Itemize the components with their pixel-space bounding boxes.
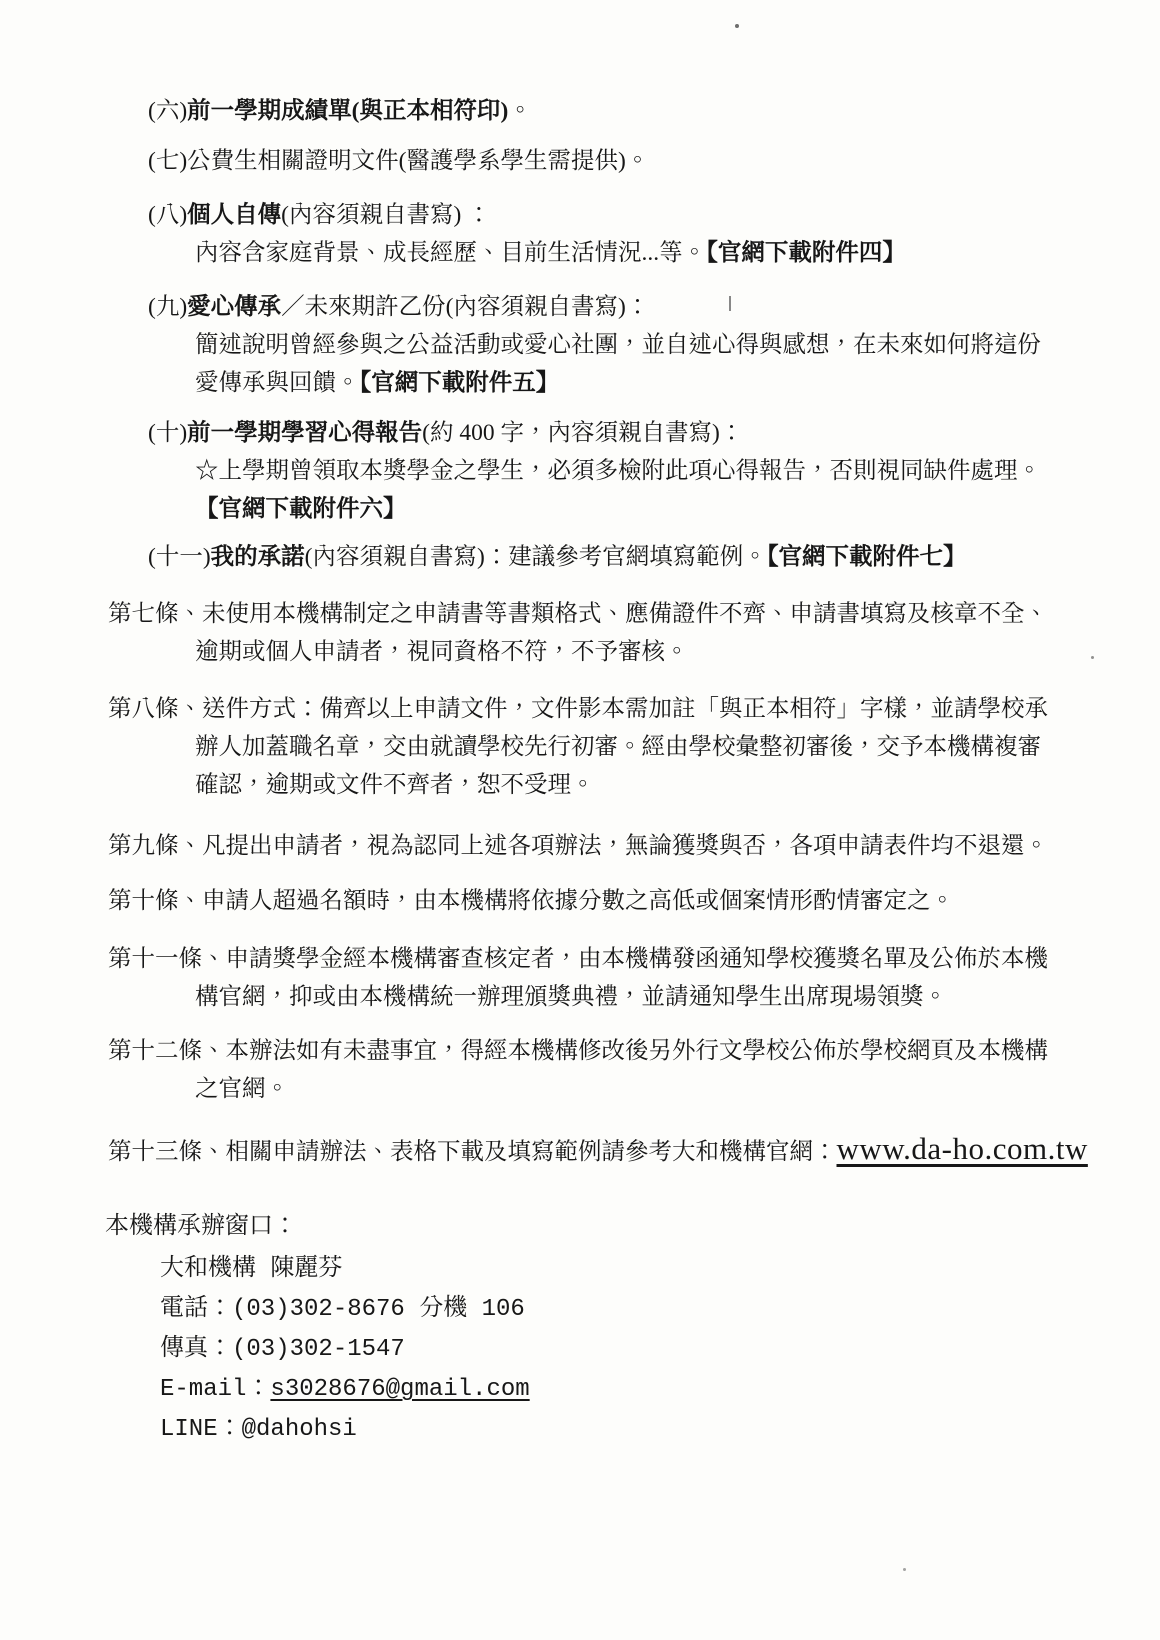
article-8-text3: 確認，逾期或文件不齊者，恕不受理。 [195, 772, 595, 798]
official-website-link[interactable]: www.da-ho.com.tw [837, 1131, 1088, 1166]
article-12-line2: 之官網。 [0, 1070, 1160, 1108]
item-6-title: 前一學期成績單(與正本相符印) [187, 98, 508, 124]
scan-artifact [1091, 656, 1094, 659]
article-8-line1: 第八條、送件方式：備齊以上申請文件，文件影本需加註「與正本相符」字樣，並請學校承 [0, 690, 1160, 728]
item-7-number: (七) [148, 148, 187, 174]
item-8-tail: (內容須親自書寫) ： [281, 202, 491, 228]
contact-phone: 電話：(03)302-8676 分機 106 [0, 1290, 1160, 1330]
item-8: (八)個人自傳(內容須親自書寫) ： [0, 196, 1160, 234]
article-12-text1: 第十二條、本辦法如有未盡事宜，得經本機構修改後另外行文學校公佈於學校網頁及本機構 [108, 1038, 1048, 1064]
document-body: (六)前一學期成績單(與正本相符印)。 (七)公費生相關證明文件(醫護學系學生需… [0, 0, 1160, 1450]
attachment-ref-5: 【官網下載附件五】 [360, 370, 560, 396]
item-6-number: (六) [148, 98, 187, 124]
article-10-text: 第十條、申請人超過名額時，由本機構將依據分數之高低或個案情形酌情審定之。 [108, 888, 954, 914]
item-7: (七)公費生相關證明文件(醫護學系學生需提供)。 [0, 142, 1160, 180]
article-9: 第九條、凡提出申請者，視為認同上述各項辦法，無論獲獎與否，各項申請表件均不退還。 [0, 827, 1160, 865]
item-8-title: 個人自傳 [187, 202, 281, 228]
phone-label: 電話： [160, 1296, 232, 1323]
item-10-detail-text: ☆上學期曾領取本獎學金之學生，必須多檢附此項心得報告，否則視同缺件處理。 [195, 458, 1041, 484]
article-9-text: 第九條、凡提出申請者，視為認同上述各項辦法，無論獲獎與否，各項申請表件均不退還。 [108, 833, 1048, 859]
article-11-line2: 構官網，抑或由本機構統一辦理頒獎典禮，並請通知學生出席現場領獎。 [0, 978, 1160, 1016]
email-address-link[interactable]: s3028676@gmail.com [270, 1376, 529, 1403]
contact-heading-text: 本機構承辦窗口： [105, 1214, 297, 1241]
article-7-text1: 第七條、未使用本機構制定之申請書等書類格式、應備證件不齊、申請書填寫及核章不全、 [108, 601, 1048, 627]
article-10: 第十條、申請人超過名額時，由本機構將依據分數之高低或個案情形酌情審定之。 [0, 882, 1160, 920]
scan-artifact [735, 24, 739, 28]
item-10-tail: (約 400 字，內容須親自書寫)： [422, 420, 743, 446]
attachment-ref-6: 【官網下載附件六】 [195, 496, 407, 522]
attachment-ref-7: 【官網下載附件七】 [767, 544, 967, 570]
article-8-line2: 辦人加蓋職名章，交由就讀學校先行初審。經由學校彙整初審後，交予本機構複審 [0, 728, 1160, 766]
article-11-line1: 第十一條、申請獎學金經本機構審查核定者，由本機構發函通知學校獲獎名單及公佈於本機 [0, 940, 1160, 978]
article-8-text1: 第八條、送件方式：備齊以上申請文件，文件影本需加註「與正本相符」字樣，並請學校承 [108, 696, 1048, 722]
fax-label: 傳真： [160, 1336, 232, 1363]
item-9-number: (九) [148, 294, 187, 320]
contact-fax: 傳真：(03)302-1547 [0, 1330, 1160, 1370]
item-8-detail-text: 內容含家庭背景、成長經歷、目前生活情況...等。 [195, 240, 706, 266]
article-8-line3: 確認，逾期或文件不齊者，恕不受理。 [0, 766, 1160, 804]
article-7-text2: 逾期或個人申請者，視同資格不符，不予審核。 [195, 639, 689, 665]
item-11: (十一)我的承諾(內容須親自書寫)：建議參考官網填寫範例。【官網下載附件七】 [0, 538, 1160, 576]
scan-artifact [729, 296, 731, 311]
article-12-text2: 之官網。 [195, 1076, 289, 1102]
item-9-detail-text1: 簡述說明曾經參與之公益活動或愛心社團，並自述心得與感想，在未來如何將這份 [195, 332, 1041, 358]
item-8-number: (八) [148, 202, 187, 228]
item-9: (九)愛心傳承／未來期許乙份(內容須親自書寫)： [0, 288, 1160, 326]
item-8-detail: 內容含家庭背景、成長經歷、目前生活情況...等。【官網下載附件四】 [0, 234, 1160, 272]
item-11-title: 我的承諾 [211, 544, 305, 570]
item-7-text: 公費生相關證明文件(醫護學系學生需提供)。 [187, 148, 649, 174]
item-10-detail-line1: ☆上學期曾領取本獎學金之學生，必須多檢附此項心得報告，否則視同缺件處理。 [0, 452, 1160, 490]
contact-name-text: 大和機構 陳麗芬 [160, 1256, 342, 1283]
attachment-ref-4: 【官網下載附件四】 [706, 240, 906, 266]
scan-artifact [903, 1568, 906, 1571]
email-label: E-mail： [160, 1376, 270, 1403]
article-11-text2: 構官網，抑或由本機構統一辦理頒獎典禮，並請通知學生出席現場領獎。 [195, 984, 947, 1010]
contact-line: LINE：@dahohsi [0, 1410, 1160, 1450]
item-10-detail-line2: 【官網下載附件六】 [0, 490, 1160, 528]
article-7-line2: 逾期或個人申請者，視同資格不符，不予審核。 [0, 633, 1160, 671]
item-9-tail: ／未來期許乙份(內容須親自書寫)： [281, 294, 649, 320]
article-13: 第十三條、相關申請辦法、表格下載及填寫範例請參考大和機構官網：www.da-ho… [0, 1127, 1160, 1174]
article-7-line1: 第七條、未使用本機構制定之申請書等書類格式、應備證件不齊、申請書填寫及核章不全、 [0, 595, 1160, 633]
fax-number: (03)302-1547 [232, 1336, 405, 1363]
scanned-document-page: (六)前一學期成績單(與正本相符印)。 (七)公費生相關證明文件(醫護學系學生需… [0, 0, 1160, 1640]
article-12-line1: 第十二條、本辦法如有未盡事宜，得經本機構修改後另外行文學校公佈於學校網頁及本機構 [0, 1032, 1160, 1070]
phone-number: (03)302-8676 分機 106 [232, 1296, 525, 1323]
contact-heading: 本機構承辦窗口： [0, 1208, 1160, 1248]
item-9-title: 愛心傳承 [187, 294, 281, 320]
item-6-tail: 。 [508, 98, 532, 124]
item-11-number: (十一) [148, 544, 211, 570]
article-13-text: 第十三條、相關申請辦法、表格下載及填寫範例請參考大和機構官網： [108, 1139, 837, 1165]
item-10: (十)前一學期學習心得報告(約 400 字，內容須親自書寫)： [0, 414, 1160, 452]
contact-section: 本機構承辦窗口： 大和機構 陳麗芬 電話：(03)302-8676 分機 106… [0, 1208, 1160, 1450]
item-9-detail-line2: 愛傳承與回饋。【官網下載附件五】 [0, 364, 1160, 402]
item-10-title: 前一學期學習心得報告 [187, 420, 422, 446]
article-8-text2: 辦人加蓋職名章，交由就讀學校先行初審。經由學校彙整初審後，交予本機構複審 [195, 734, 1041, 760]
item-9-detail-text2: 愛傳承與回饋。 [195, 370, 360, 396]
contact-name: 大和機構 陳麗芬 [0, 1250, 1160, 1290]
item-9-detail-line1: 簡述說明曾經參與之公益活動或愛心社團，並自述心得與感想，在未來如何將這份 [0, 326, 1160, 364]
line-label: LINE： [160, 1416, 242, 1443]
item-6: (六)前一學期成績單(與正本相符印)。 [0, 92, 1160, 130]
line-id: @dahohsi [242, 1416, 357, 1443]
item-11-tail: (內容須親自書寫)：建議參考官網填寫範例。 [305, 544, 767, 570]
contact-email: E-mail：s3028676@gmail.com [0, 1370, 1160, 1410]
article-11-text1: 第十一條、申請獎學金經本機構審查核定者，由本機構發函通知學校獲獎名單及公佈於本機 [108, 946, 1048, 972]
item-10-number: (十) [148, 420, 187, 446]
